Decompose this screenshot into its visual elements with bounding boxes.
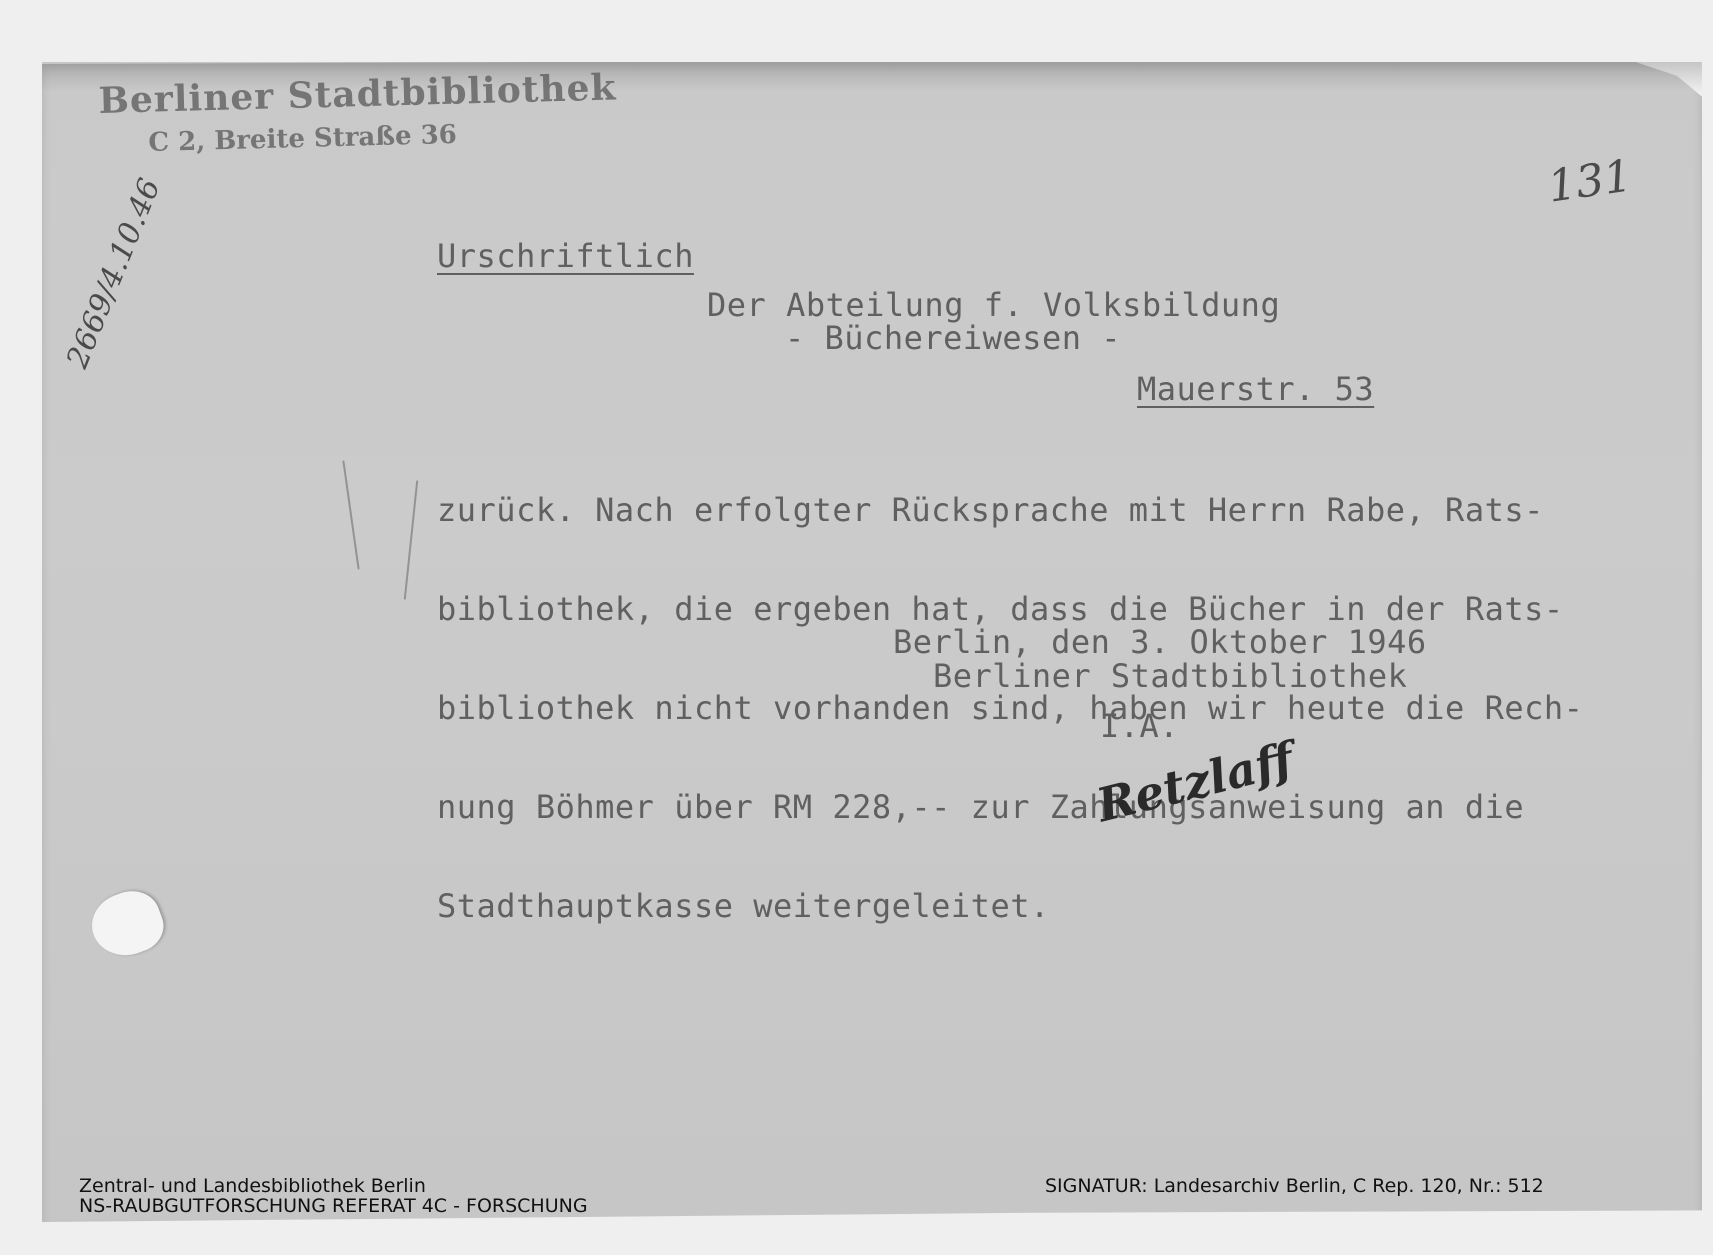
body-line: bibliothek nicht vorhanden sind, haben w… [437, 692, 1583, 725]
body-line: zurück. Nach erfolgter Rücksprache mit H… [437, 494, 1583, 527]
body-line: nung Böhmer über RM 228,-- zur Zahlungsa… [437, 791, 1583, 824]
recipient-line-2: - Büchereiwesen - [785, 322, 1121, 355]
letter-heading: Urschriftlich [437, 240, 694, 273]
on-behalf-abbrev: I.A. [1100, 710, 1179, 743]
footer-institution: Zentral- und Landesbibliothek Berlin NS-… [79, 1176, 588, 1216]
footer-signature-reference: SIGNATUR: Landesarchiv Berlin, C Rep. 12… [1045, 1176, 1544, 1196]
footer-institution-name: Zentral- und Landesbibliothek Berlin [79, 1176, 588, 1196]
recipient-address: Mauerstr. 53 [1137, 373, 1374, 406]
footer-department: NS-RAUBGUTFORSCHUNG REFERAT 4C - FORSCHU… [79, 1196, 588, 1216]
body-line: Stadthauptkasse weitergeleitet. [437, 890, 1583, 923]
place-date: Berlin, den 3. Oktober 1946 [893, 626, 1427, 659]
body-line: bibliothek, die ergeben hat, dass die Bü… [437, 593, 1583, 626]
recipient-line-1: Der Abteilung f. Volksbildung [707, 289, 1280, 322]
sender-organization: Berliner Stadtbibliothek [933, 660, 1407, 693]
